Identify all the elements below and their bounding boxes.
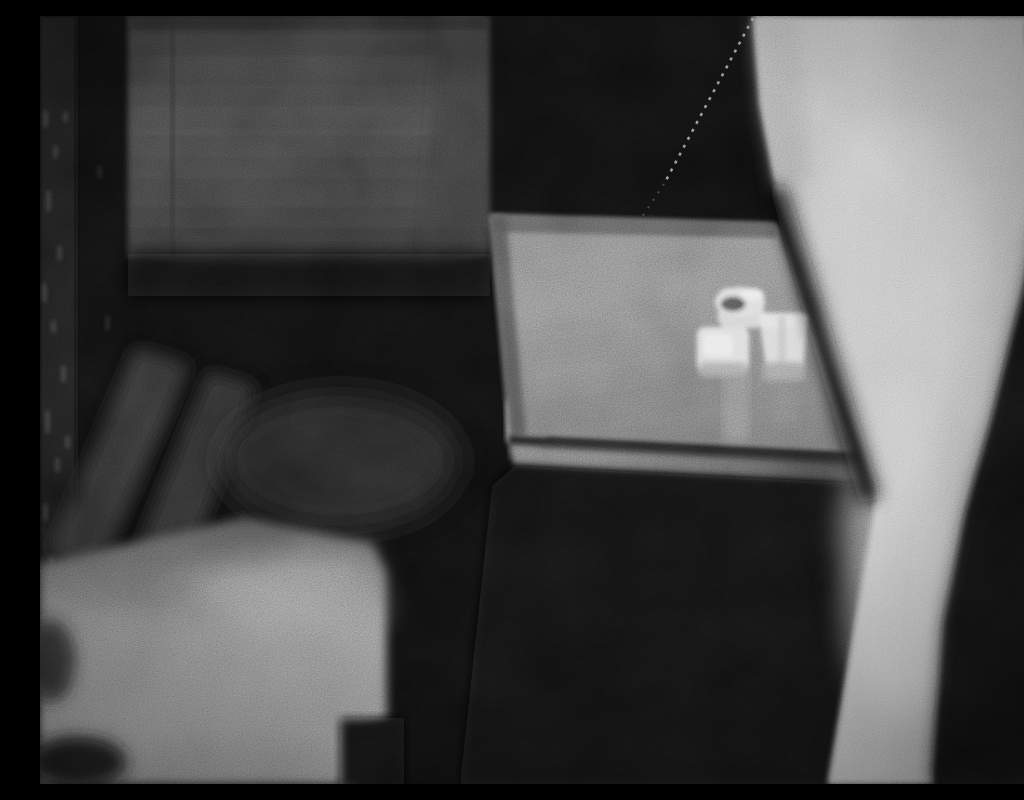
photo-canvas <box>40 16 1024 784</box>
photo <box>40 16 1024 784</box>
vignette <box>40 16 1024 784</box>
